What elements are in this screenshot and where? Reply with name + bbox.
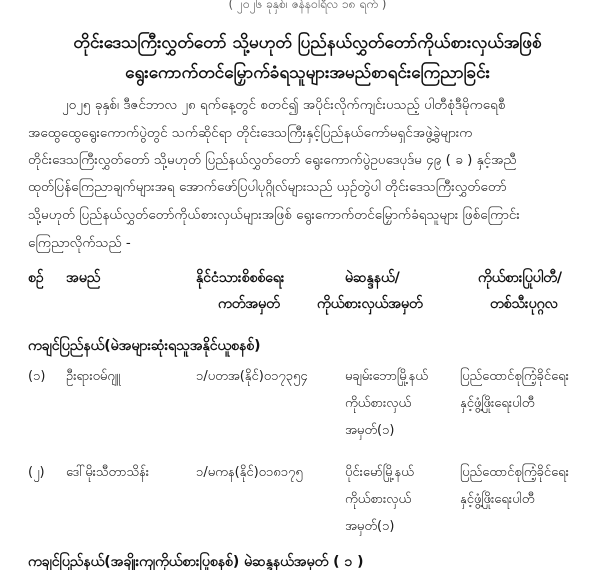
row-constituency: အမှတ်(၁) bbox=[345, 518, 394, 537]
row-no: (၂) bbox=[28, 464, 45, 483]
header-nrc-2: ကတ်အမှတ် bbox=[218, 294, 280, 315]
announcement-document: ( ၂၀၂၆ ခုနှစ်၊ ဇန်နဝါရီလ ၁၈ ရက် ) တိုင်း… bbox=[0, 0, 615, 570]
header-nrc-1: နိုင်ငံသားစိစစ်ရေး bbox=[196, 268, 284, 289]
paragraph-line: အထွေထွေရွေးကောက်ပွဲတွင် သက်ဆိုင်ရာ တိုင်… bbox=[28, 124, 472, 144]
row-party: ပြည်ထောင်စုကြံ့ခိုင်ရေး bbox=[460, 464, 569, 483]
title-line-2: ရွေးကောက်တင်မြှောက်ခံရသူများအမည်စာရင်းကြ… bbox=[0, 62, 615, 87]
row-nrc: ၁/ပတအ(နိုင်)၀၁၇၃၅၄ bbox=[196, 368, 308, 387]
row-constituency: ပိုင်းမော်မြို့နယ် bbox=[345, 464, 414, 483]
title-line-1: တိုင်းဒေသကြီးလွှတ်တော် သို့မဟုတ် ပြည်နယ်… bbox=[0, 32, 615, 57]
paragraph-line: ကြေညာလိုက်သည် - bbox=[28, 234, 131, 254]
header-party-2: တစ်သီးပုဂ္ဂလ bbox=[490, 294, 558, 315]
row-party: နှင့်ဖွံ့ဖြိုးရေးပါတီ bbox=[460, 491, 534, 510]
paragraph-line: တိုင်းဒေသကြီးလွှတ်တော် သို့မဟုတ် ပြည်နယ်… bbox=[28, 151, 517, 171]
row-constituency: အမှတ်(၁) bbox=[345, 422, 394, 441]
row-constituency: ကိုယ်စားလှယ် bbox=[345, 491, 411, 510]
row-name: ဦးရားဝမ်ဂျူ bbox=[66, 368, 121, 387]
header-constituency-2: ကိုယ်စားလှယ်အမှတ် bbox=[317, 294, 423, 315]
section-title: ကချင်ပြည်နယ်(မဲအများဆုံးရသူအနိုင်ယူစနစ်) bbox=[28, 336, 261, 357]
row-party: နှင့်ဖွံ့ဖြိုးရေးပါတီ bbox=[460, 395, 534, 414]
row-constituency: ကိုယ်စားလှယ် bbox=[345, 395, 411, 414]
header-name: အမည် bbox=[66, 268, 100, 289]
row-name: ဒေါ်မိုးသီတာသိန်း bbox=[66, 464, 149, 483]
header-party-1: ကိုယ်စားပြုပါတီ/ bbox=[478, 268, 562, 289]
row-party: ပြည်ထောင်စုကြံ့ခိုင်ရေး bbox=[460, 368, 569, 387]
paragraph-line: ထုတ်ပြန်ကြေညာချက်များအရ အောက်ဖော်ပြပါပုဂ… bbox=[28, 178, 507, 198]
row-nrc: ၁/မကန(နိုင်)၀၁၈၁၇၅ bbox=[196, 464, 303, 483]
paragraph-line: သို့မဟုတ် ပြည်နယ်လွှတ်တော်ကိုယ်စားလှယ်မျ… bbox=[28, 206, 520, 226]
header-no: စဉ် bbox=[28, 268, 44, 289]
header-constituency-1: မဲဆန္ဒနယ်/ bbox=[345, 268, 400, 289]
section-title: ကချင်ပြည်နယ်(အချိုးကျကိုယ်စားပြုစနစ်) မဲ… bbox=[28, 552, 364, 570]
paragraph-line: ၂၀၂၅ ခုနှစ်၊ ဒီဇင်ဘာလ ၂၈ ရက်နေ့တွင် စတင်… bbox=[62, 96, 505, 116]
row-constituency: မချမ်းဘောမြို့နယ် bbox=[345, 368, 428, 387]
row-no: (၁) bbox=[28, 368, 45, 387]
dateline: ( ၂၀၂၆ ခုနှစ်၊ ဇန်နဝါရီလ ၁၈ ရက် ) bbox=[0, 0, 615, 14]
